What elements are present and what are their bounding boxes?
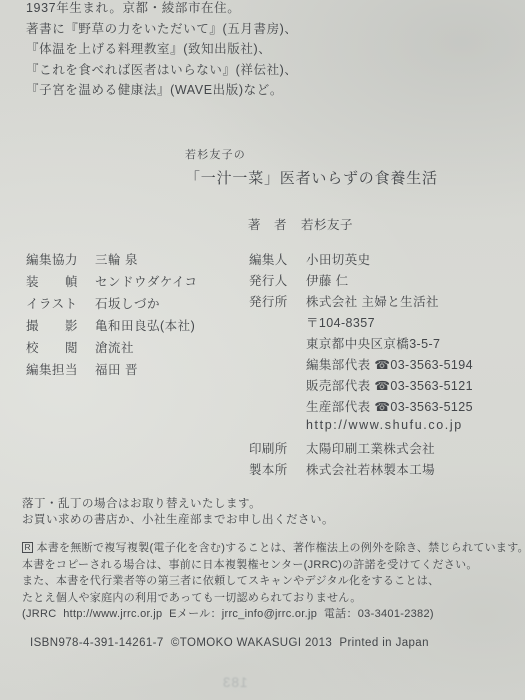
credit-label: イラスト: [26, 294, 95, 312]
bio-line: 『体温を上げる料理教室』(致知出版社)、: [26, 39, 298, 60]
publication-value: 伊藤 仁: [306, 274, 349, 288]
credit-label: 装 幀: [26, 272, 95, 290]
legal-line: また、本書を代行業者等の第三者に依頼してスキャンやデジタル化をすることは、: [22, 573, 525, 590]
book-colophon-page: { "colors": { "paper": "#d6d7d2", "ink":…: [0, 0, 525, 700]
publication-value: 小田切英史: [306, 253, 371, 267]
publisher-address: 東京都中央区京橋3-5-7: [306, 337, 440, 351]
bindery-name: 株式会社若林製本工場: [306, 463, 435, 477]
publication-label: 編集人: [249, 250, 306, 268]
publication-row: 東京都中央区京橋3-5-7: [249, 334, 473, 355]
credit-value: センドウダケイコ: [95, 275, 198, 289]
credit-label: 校 閲: [26, 338, 95, 356]
bio-line: 『子宮を温める健康法』(WAVE出版)など。: [26, 80, 298, 101]
credit-label: 編集担当: [26, 360, 95, 378]
publication-row: 〒104-8357: [249, 313, 473, 334]
notice-line: お買い求めの書店か、小社生産部までお申し出ください。: [22, 512, 334, 528]
phone-production: 生産部代表 ☎03-3563-5125: [306, 400, 473, 414]
author-bio: 1937年生まれ。京都・綾部市在住。 著書に『野草の力をいただいて』(五月書房)…: [26, 1, 298, 101]
notice-line: 落丁・乱丁の場合はお取り替えいたします。: [22, 496, 334, 512]
publication-label: 製本所: [249, 460, 306, 478]
credits-column: 編集協力三輪 泉 装 幀センドウダケイコ イラスト石坂しづか 撮 影亀和田良弘(…: [26, 250, 198, 382]
author-label: 著 者: [248, 218, 287, 232]
publication-row: 製本所株式会社若林製本工場: [249, 460, 473, 481]
copyright-notice: R本書を無断で複写複製(電子化を含む)することは、著作権法上の例外を除き、禁じら…: [22, 540, 525, 623]
credit-value: 三輪 泉: [95, 253, 138, 267]
bio-line: 著書に『野草の力をいただいて』(五月書房)、: [26, 19, 298, 40]
publication-row: http://www.shufu.co.jp: [249, 418, 473, 439]
credit-row: 編集担当福田 晋: [26, 360, 198, 382]
replacement-notice: 落丁・乱丁の場合はお取り替えいたします。 お買い求めの書店か、小社生産部までお申…: [22, 496, 334, 528]
publication-row: 発行所株式会社 主婦と生活社: [249, 292, 473, 313]
book-title: 若杉友子の 「一汁一菜」医者いらずの食養生活: [185, 146, 438, 188]
book-title-author-line: 若杉友子の: [185, 146, 438, 162]
credit-label: 編集協力: [26, 250, 95, 268]
postal-code: 〒104-8357: [306, 316, 375, 330]
credit-row: 校 閲滄流社: [26, 338, 198, 360]
jrrc-contact-line: (JRRC http://www.jrrc.or.jp Eメール：jrrc_in…: [22, 606, 525, 623]
registered-r-mark-icon: R: [22, 542, 33, 553]
credit-value: 福田 晋: [95, 363, 138, 377]
printer-name: 太陽印刷工業株式会社: [306, 442, 435, 456]
legal-line-first: R本書を無断で複写複製(電子化を含む)することは、著作権法上の例外を除き、禁じら…: [22, 540, 525, 557]
credit-row: 装 幀センドウダケイコ: [26, 272, 198, 294]
credit-value: 石坂しづか: [95, 297, 160, 311]
author-row: 著 者若杉友子: [248, 215, 353, 233]
publication-row: 印刷所太陽印刷工業株式会社: [249, 439, 473, 460]
publication-row: 販売部代表 ☎03-3563-5121: [249, 376, 473, 397]
credit-row: 編集協力三輪 泉: [26, 250, 198, 272]
page-number-show-through: 183: [222, 675, 248, 690]
publication-row: 編集部代表 ☎03-3563-5194: [249, 355, 473, 376]
credit-row: イラスト石坂しづか: [26, 294, 198, 316]
credit-value: 亀和田良弘(本社): [95, 319, 195, 333]
publication-row: 発行人伊藤 仁: [249, 271, 473, 292]
author-name: 若杉友子: [301, 218, 353, 232]
credit-row: 撮 影亀和田良弘(本社): [26, 316, 198, 338]
credit-value: 滄流社: [95, 341, 134, 355]
legal-line: 本書をコピーされる場合は、事前に日本複製権センター(JRRC)の許諾を受けてくだ…: [22, 557, 525, 574]
publication-label: 印刷所: [249, 439, 306, 457]
publication-row: 生産部代表 ☎03-3563-5125: [249, 397, 473, 418]
credit-label: 撮 影: [26, 316, 95, 334]
publication-label: 発行所: [249, 292, 306, 310]
phone-sales: 販売部代表 ☎03-3563-5121: [306, 379, 473, 393]
publication-value: 株式会社 主婦と生活社: [306, 295, 439, 309]
publication-row: 編集人小田切英史: [249, 250, 473, 271]
isbn-line: ISBN978-4-391-14261-7 ©TOMOKO WAKASUGI 2…: [30, 637, 429, 649]
legal-text: 本書を無断で複写複製(電子化を含む)することは、著作権法上の例外を除き、禁じられ…: [36, 542, 525, 554]
publisher-url: http://www.shufu.co.jp: [306, 418, 463, 432]
publication-label: 発行人: [249, 271, 306, 289]
publication-column: 編集人小田切英史 発行人伊藤 仁 発行所株式会社 主婦と生活社 〒104-835…: [249, 250, 473, 481]
bio-line: 1937年生まれ。京都・綾部市在住。: [26, 0, 298, 19]
legal-line: たとえ個人や家庭内の利用であっても一切認められておりません。: [22, 590, 525, 607]
book-title-main-line: 「一汁一菜」医者いらずの食養生活: [185, 167, 438, 188]
bio-line: 『これを食べれば医者はいらない』(祥伝社)、: [26, 60, 298, 81]
phone-editorial: 編集部代表 ☎03-3563-5194: [306, 358, 473, 372]
